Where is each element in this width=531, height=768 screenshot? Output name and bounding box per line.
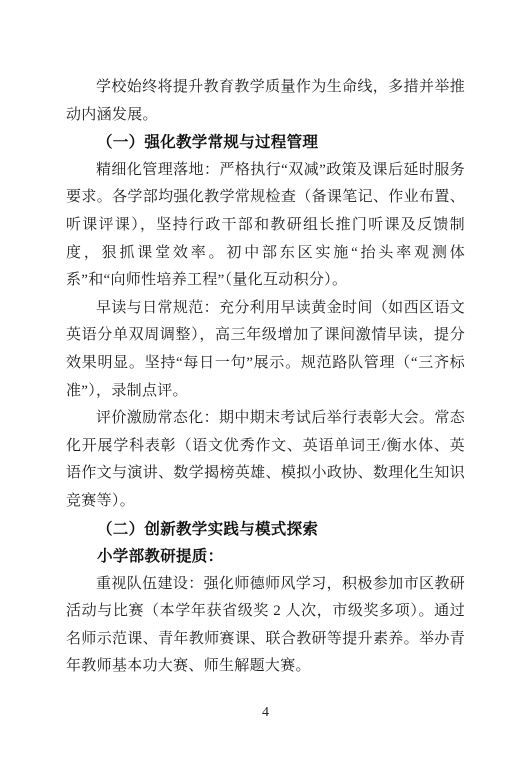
paragraph-team-building: 重视队伍建设：强化师德师风学习，积极参加市区教研活动与比赛（本学年获省级奖 2 … (66, 571, 465, 681)
paragraph-evaluation-incentive: 评价激励常态化：期中期末考试后举行表彰大会。常态化开展学科表彰（语文优秀作文、英… (66, 405, 465, 515)
page-number: 4 (0, 705, 531, 721)
section-heading-2: （二）创新教学实践与模式探索 (66, 516, 465, 544)
paragraph-morning-reading: 早读与日常规范：充分利用早读黄金时间（如西区语文英语分单双周调整），高三年级增加… (66, 295, 465, 405)
subsection-heading-primary-school: 小学部教研提质： (66, 543, 465, 571)
paragraph-refined-management: 精细化管理落地：严格执行“双减”政策及课后延时服务要求。各学部均强化教学常规检查… (66, 157, 465, 295)
document-page: 学校始终将提升教育教学质量作为生命线，多措并举推动内涵发展。 （一）强化教学常规… (0, 0, 531, 768)
paragraph-intro: 学校始终将提升教育教学质量作为生命线，多措并举推动内涵发展。 (66, 74, 465, 129)
section-heading-1: （一）强化教学常规与过程管理 (66, 129, 465, 157)
